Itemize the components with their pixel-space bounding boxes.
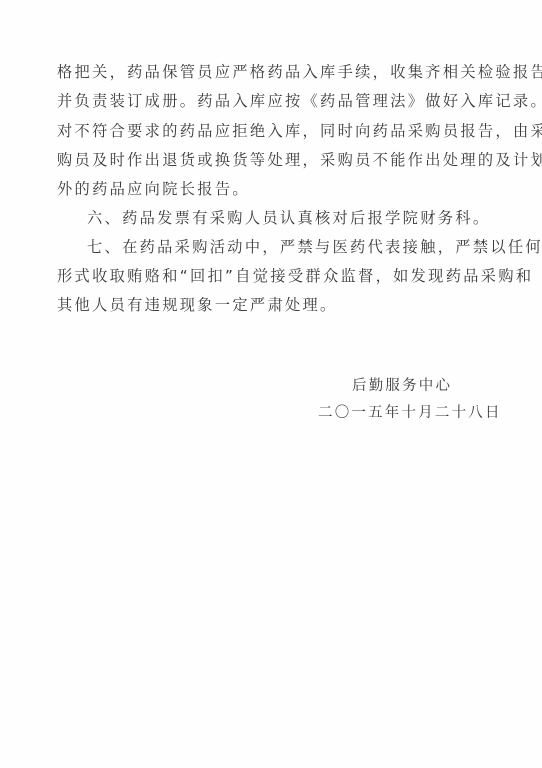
signature-date: 二〇一五年十月二十八日 bbox=[318, 403, 502, 423]
body-line: 格把关，药品保管员应严格药品入库手续，收集齐相关检验报告， bbox=[57, 62, 477, 82]
body-line: 形式收取贿赂和“回扣”自觉接受群众监督，如发现药品采购和 bbox=[57, 266, 477, 286]
body-line: 对不符合要求的药品应拒绝入库，同时向药品采购员报告，由采 bbox=[57, 121, 477, 141]
body-line: 购员及时作出退货或换货等处理，采购员不能作出处理的及计划 bbox=[57, 150, 477, 170]
clause-six: 六、药品发票有采购人员认真核对后报学院财务科。 bbox=[87, 208, 507, 228]
body-line: 其他人员有违规现象一定严肃处理。 bbox=[57, 295, 477, 315]
body-line: 并负责装订成册。药品入库应按《药品管理法》做好入库记录。 bbox=[57, 91, 477, 111]
clause-seven: 七、在药品采购活动中，严禁与医药代表接触，严禁以任何 bbox=[87, 237, 507, 257]
signature-organization: 后勤服务中心 bbox=[352, 376, 452, 396]
body-line: 外的药品应向院长报告。 bbox=[57, 179, 477, 199]
document-page: 格把关，药品保管员应严格药品入库手续，收集齐相关检验报告， 并负责装订成册。药品… bbox=[0, 0, 542, 768]
